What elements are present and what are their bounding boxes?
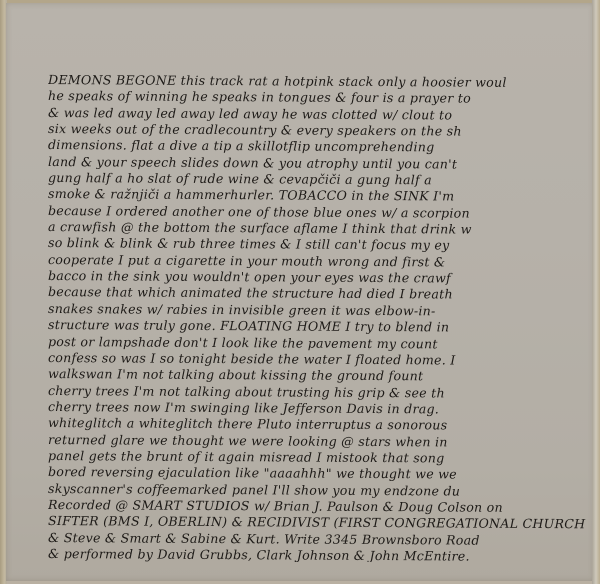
- credits-line: & performed by David Grubbs, Clark Johns…: [48, 546, 600, 562]
- handwritten-text-block: DEMONS BEGONE this track rat a hotpink s…: [48, 72, 600, 562]
